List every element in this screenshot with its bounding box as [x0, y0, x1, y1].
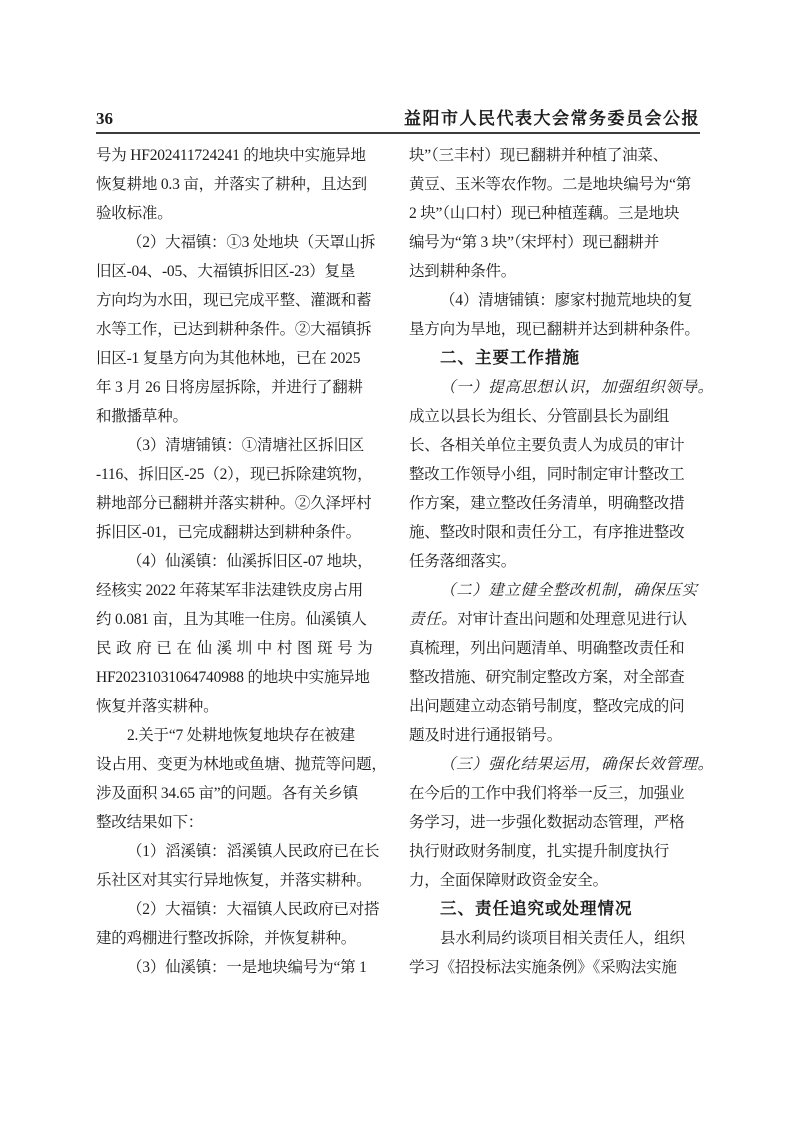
text-line: 二、主要工作措施 — [409, 344, 700, 373]
text-line: 出问题建立动态销号制度，整改完成的问 — [409, 692, 700, 721]
text-line: 设占用、变更为林地或鱼塘、抛荒等问题， — [96, 750, 387, 779]
text-line: 垦方向为旱地，现已翻耕并达到耕种条件。 — [409, 315, 700, 344]
text-columns: 号为 HF202411724241 的地块中实施异地恢复耕地 0.3 亩，并落实… — [96, 141, 700, 982]
text-line: （2）大福镇：①3 处地块（天罩山拆 — [96, 228, 387, 257]
text-line: 民政府已在仙溪圳中村图斑号为 — [96, 634, 387, 663]
text-line: 力，全面保障财政资金安全。 — [409, 866, 700, 895]
text-line: 三、责任追究或处理情况 — [409, 895, 700, 924]
text-line: 县水利局约谈项目相关责任人，组织 — [409, 924, 700, 953]
text-line: 黄豆、玉米等农作物。二是地块编号为“第 — [409, 170, 700, 199]
text-line: （3）仙溪镇：一是地块编号为“第 1 — [96, 953, 387, 982]
text-line: 验收标准。 — [96, 199, 387, 228]
text-line: 块”（三丰村）现已翻耕并种植了油菜、 — [409, 141, 700, 170]
text-line: 涉及面积 34.65 亩”的问题。各有关乡镇 — [96, 779, 387, 808]
text-line: 学习《招投标法实施条例》《采购法实施 — [409, 953, 700, 982]
document-page: 36 益阳市人民代表大会常务委员会公报 号为 HF202411724241 的地… — [0, 0, 794, 1122]
text-line: 恢复耕地 0.3 亩，并落实了耕种，且达到 — [96, 170, 387, 199]
text-line: 经核实 2022 年蒋某军非法建铁皮房占用 — [96, 576, 387, 605]
text-line: -116、拆旧区-25（2），现已拆除建筑物， — [96, 460, 387, 489]
left-column: 号为 HF202411724241 的地块中实施异地恢复耕地 0.3 亩，并落实… — [96, 141, 387, 982]
text-line: （4）仙溪镇：仙溪拆旧区-07 地块， — [96, 547, 387, 576]
text-line: 拆旧区-01，已完成翻耕达到耕种条件。 — [96, 518, 387, 547]
text-line: 2 块”（山口村）现已种植莲藕。三是地块 — [409, 199, 700, 228]
text-line: 恢复并落实耕种。 — [96, 692, 387, 721]
text-line: 务学习，进一步强化数据动态管理，严格 — [409, 808, 700, 837]
text-line: （二）建立健全整改机制，确保压实 — [409, 576, 700, 605]
text-line: 和撒播草种。 — [96, 402, 387, 431]
text-line: （1）滔溪镇：滔溪镇人民政府已在长 — [96, 837, 387, 866]
text-line: 责任。对审计查出问题和处理意见进行认 — [409, 605, 700, 634]
text-line: 执行财政财务制度，扎实提升制度执行 — [409, 837, 700, 866]
text-line: 2.关于“7 处耕地恢复地块存在被建 — [96, 721, 387, 750]
text-line: 方向均为水田，现已完成平整、灌溉和蓄 — [96, 286, 387, 315]
page-number: 36 — [96, 109, 113, 129]
text-line: （3）清塘铺镇：①清塘社区拆旧区 — [96, 431, 387, 460]
text-line: 题及时进行通报销号。 — [409, 721, 700, 750]
text-line: 在今后的工作中我们将举一反三，加强业 — [409, 779, 700, 808]
text-line: 施、整改时限和责任分工，有序推进整改 — [409, 518, 700, 547]
text-line: 约 0.081 亩，且为其唯一住房。仙溪镇人 — [96, 605, 387, 634]
text-line: 整改措施、研究制定整改方案，对全部查 — [409, 663, 700, 692]
text-line: 达到耕种条件。 — [409, 257, 700, 286]
right-column: 块”（三丰村）现已翻耕并种植了油菜、黄豆、玉米等农作物。二是地块编号为“第2 块… — [409, 141, 700, 982]
text-line: 乐社区对其实行异地恢复，并落实耕种。 — [96, 866, 387, 895]
text-line: 真梳理，列出问题清单、明确整改责任和 — [409, 634, 700, 663]
text-line: 耕地部分已翻耕并落实耕种。②久泽坪村 — [96, 489, 387, 518]
kai-text-run: 责任。 — [409, 611, 457, 628]
text-line: HF20231031064740988 的地块中实施异地 — [96, 663, 387, 692]
text-line: 编号为“第 3 块”（宋坪村）现已翻耕并 — [409, 228, 700, 257]
text-line: 长、各相关单位主要负责人为成员的审计 — [409, 431, 700, 460]
text-line: （三）强化结果运用，确保长效管理。 — [409, 750, 700, 779]
text-line: 建的鸡棚进行整改拆除，并恢复耕种。 — [96, 924, 387, 953]
text-line: 整改结果如下： — [96, 808, 387, 837]
text-line: 年 3 月 26 日将房屋拆除，并进行了翻耕 — [96, 373, 387, 402]
text-line: 成立以县长为组长、分管副县长为副组 — [409, 402, 700, 431]
text-line: 作方案，建立整改任务清单，明确整改措 — [409, 489, 700, 518]
text-line: 旧区-04、-05、大福镇拆旧区-23）复垦 — [96, 257, 387, 286]
header-title: 益阳市人民代表大会常务委员会公报 — [404, 104, 700, 129]
text-line: （4）清塘铺镇：廖家村抛荒地块的复 — [409, 286, 700, 315]
text-line: 任务落细落实。 — [409, 547, 700, 576]
text-line: （一）提高思想认识，加强组织领导。 — [409, 373, 700, 402]
text-line: （2）大福镇：大福镇人民政府已对搭 — [96, 895, 387, 924]
text-line: 旧区-1 复垦方向为其他林地，已在 2025 — [96, 344, 387, 373]
text-line: 水等工作，已达到耕种条件。②大福镇拆 — [96, 315, 387, 344]
text-line: 号为 HF202411724241 的地块中实施异地 — [96, 141, 387, 170]
text-line: 整改工作领导小组，同时制定审计整改工 — [409, 460, 700, 489]
page-header: 36 益阳市人民代表大会常务委员会公报 — [96, 108, 700, 134]
